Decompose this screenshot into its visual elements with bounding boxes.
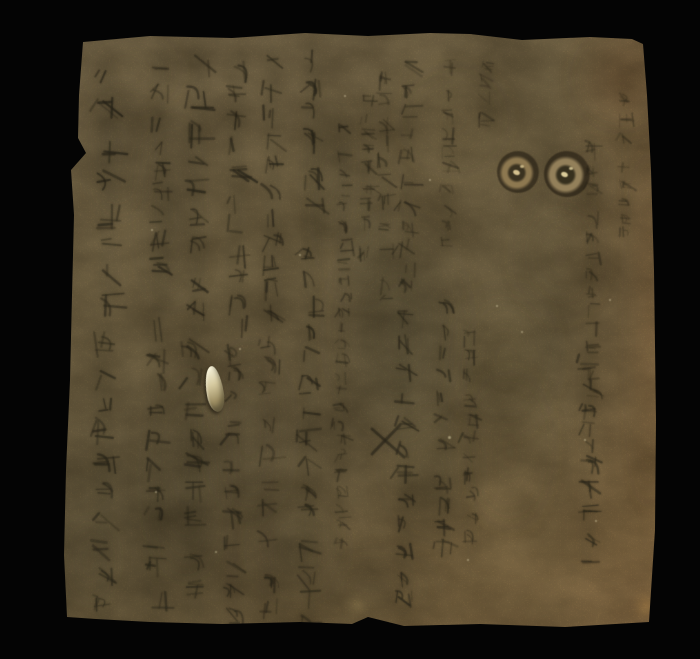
drilled-holes (0, 0, 700, 659)
right-hole (544, 151, 590, 197)
hole-highlight (520, 165, 524, 168)
left-hole (497, 151, 539, 193)
hole-highlight (561, 171, 569, 178)
hole-highlight (569, 167, 573, 170)
hole-highlight (512, 169, 520, 176)
inscribed-tablet (0, 0, 700, 659)
photo-stage (0, 0, 700, 659)
